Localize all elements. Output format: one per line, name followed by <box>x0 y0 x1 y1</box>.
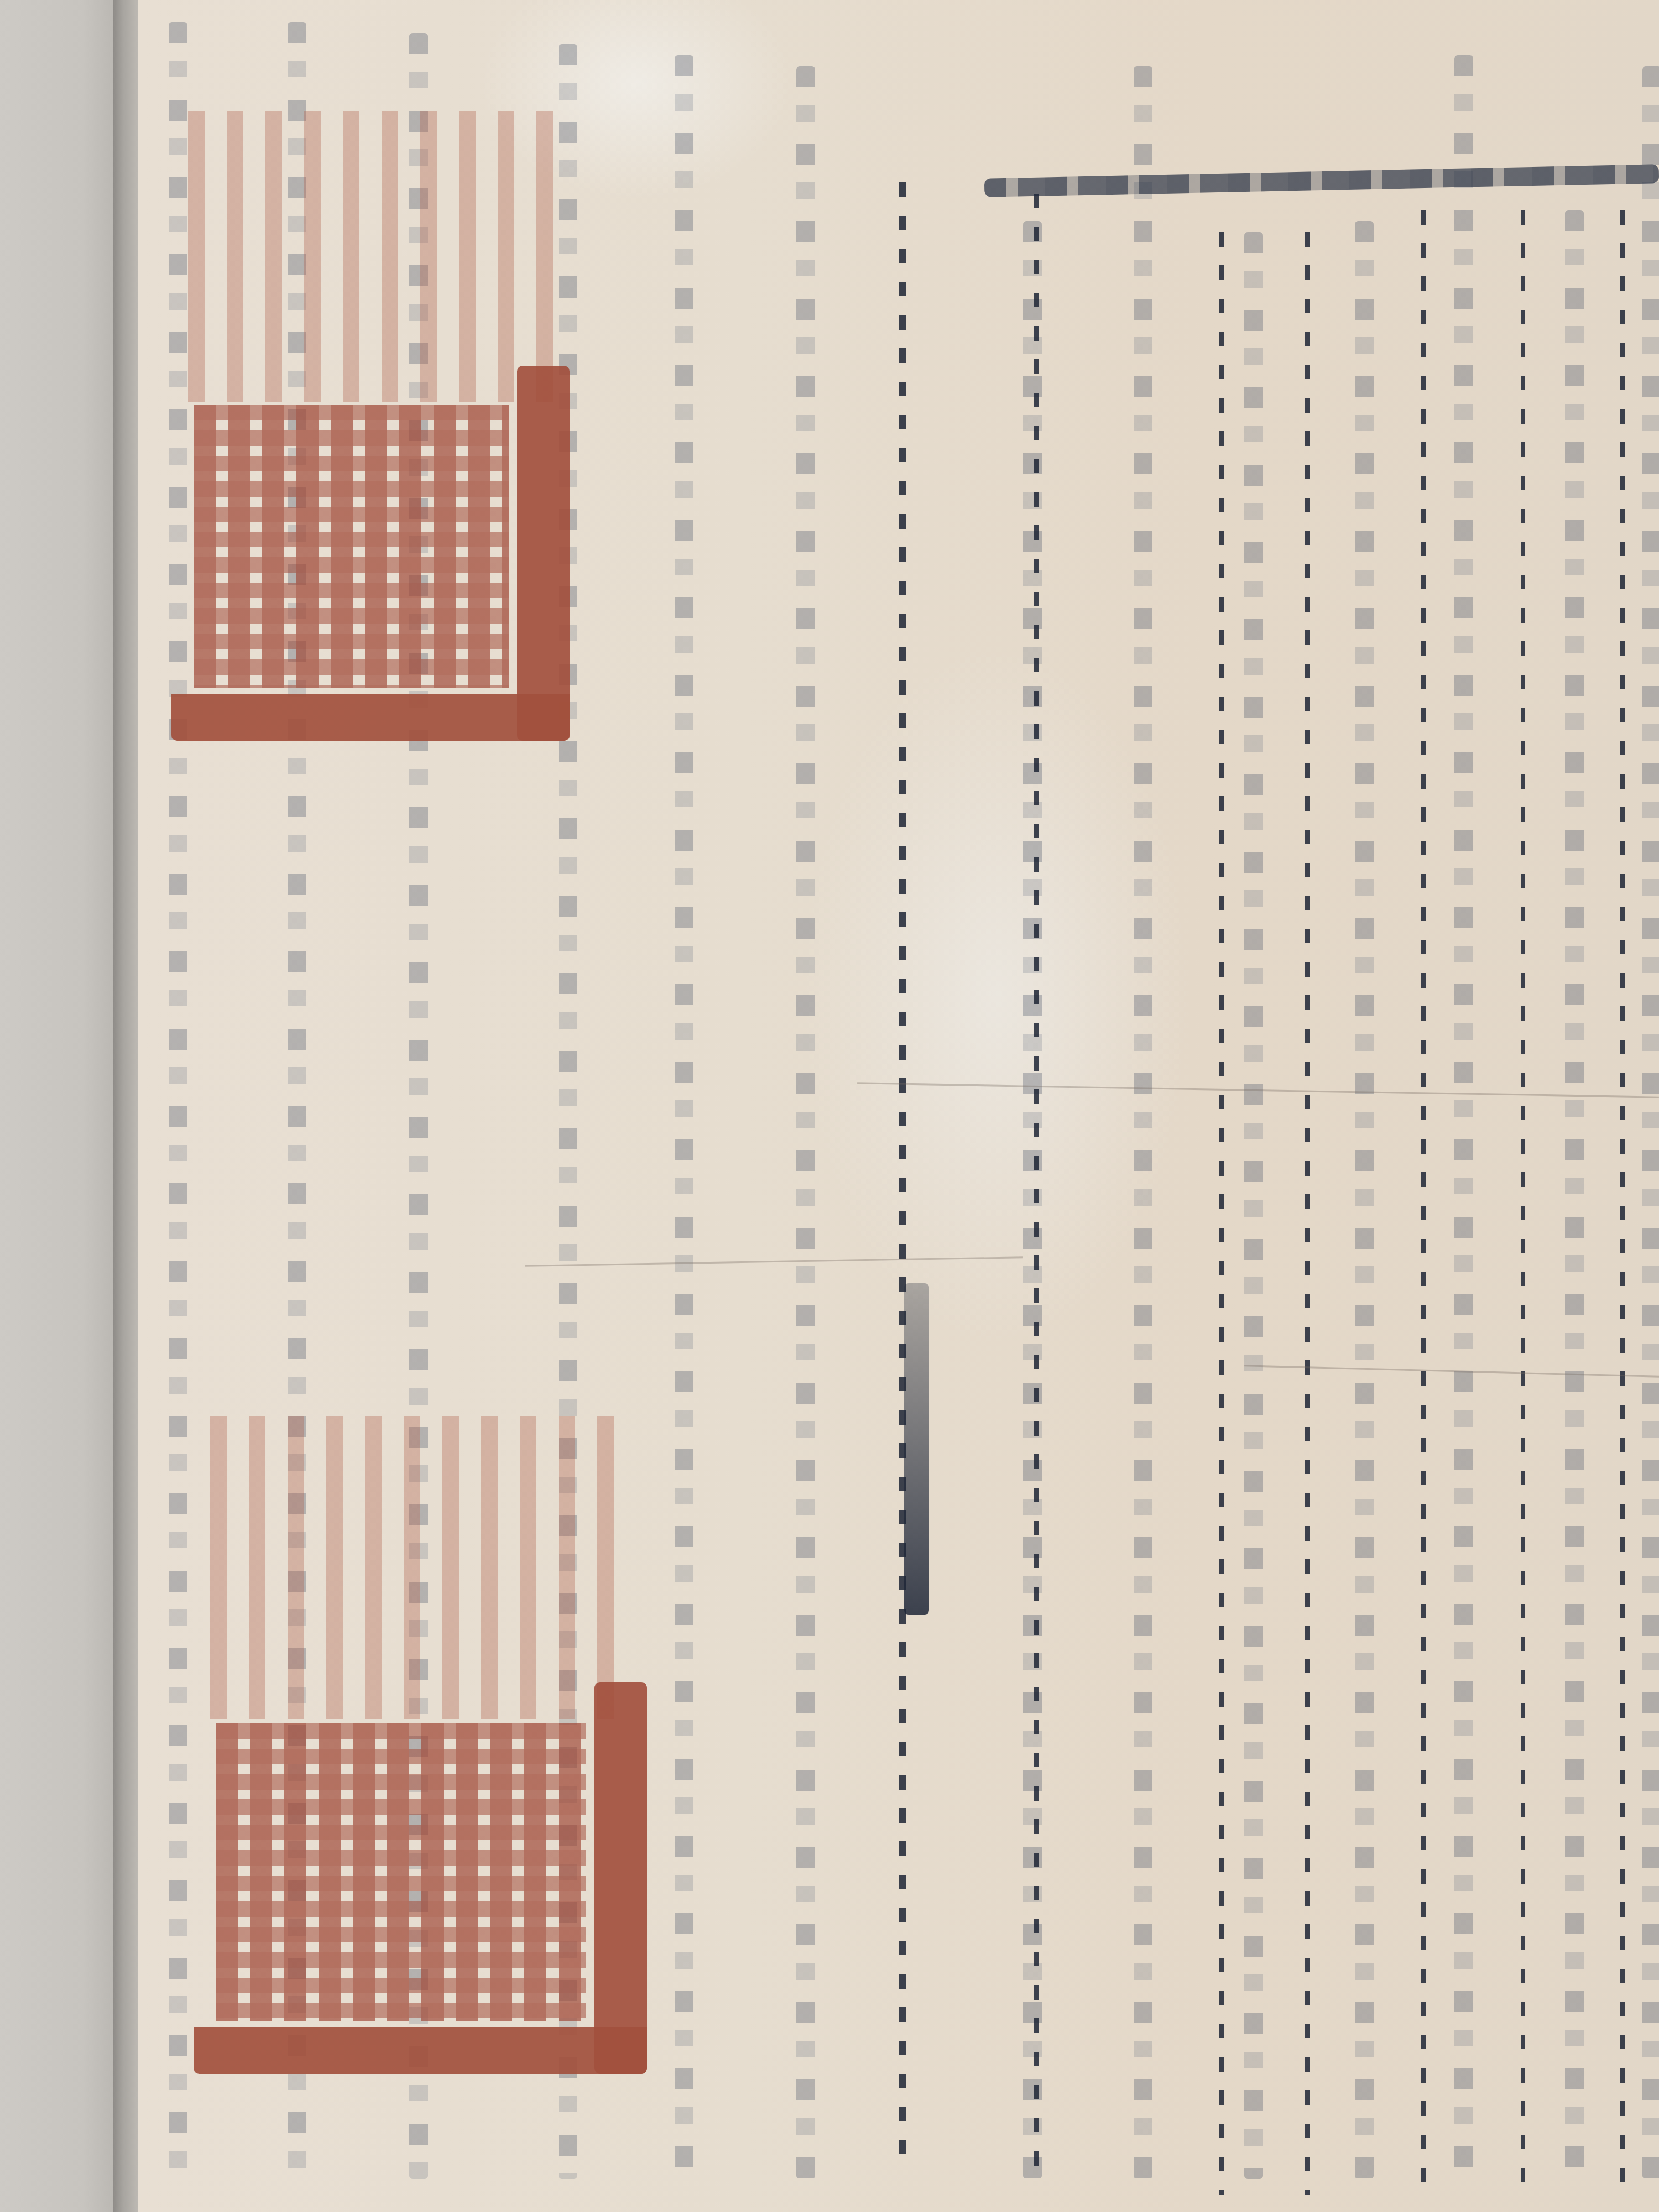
paper-crack <box>525 1256 1023 1267</box>
document-page <box>138 0 1659 2212</box>
ink-block <box>904 1283 929 1615</box>
column-rule-line <box>1521 210 1525 2201</box>
column-rule-line <box>1620 210 1625 2201</box>
text-column <box>675 55 693 2179</box>
text-column <box>1134 66 1152 2179</box>
column-rule-line <box>1305 232 1310 2195</box>
text-column <box>1454 55 1473 2179</box>
text-column <box>1355 221 1374 2179</box>
text-column <box>796 66 815 2179</box>
text-column <box>1023 221 1042 2179</box>
column-rule-line <box>1034 194 1039 2184</box>
text-column <box>1642 66 1659 2179</box>
red-seal-lower <box>194 1399 647 2074</box>
book-mount-page <box>0 0 119 2212</box>
text-column <box>1244 232 1263 2179</box>
column-rule-line <box>899 182 906 2173</box>
horizontal-ink-line <box>984 164 1659 197</box>
text-column <box>1565 210 1584 2179</box>
column-rule-line <box>1219 232 1224 2195</box>
binding-fold <box>113 0 138 2212</box>
column-rule-line <box>1421 210 1426 2201</box>
red-seal-upper <box>171 94 570 741</box>
